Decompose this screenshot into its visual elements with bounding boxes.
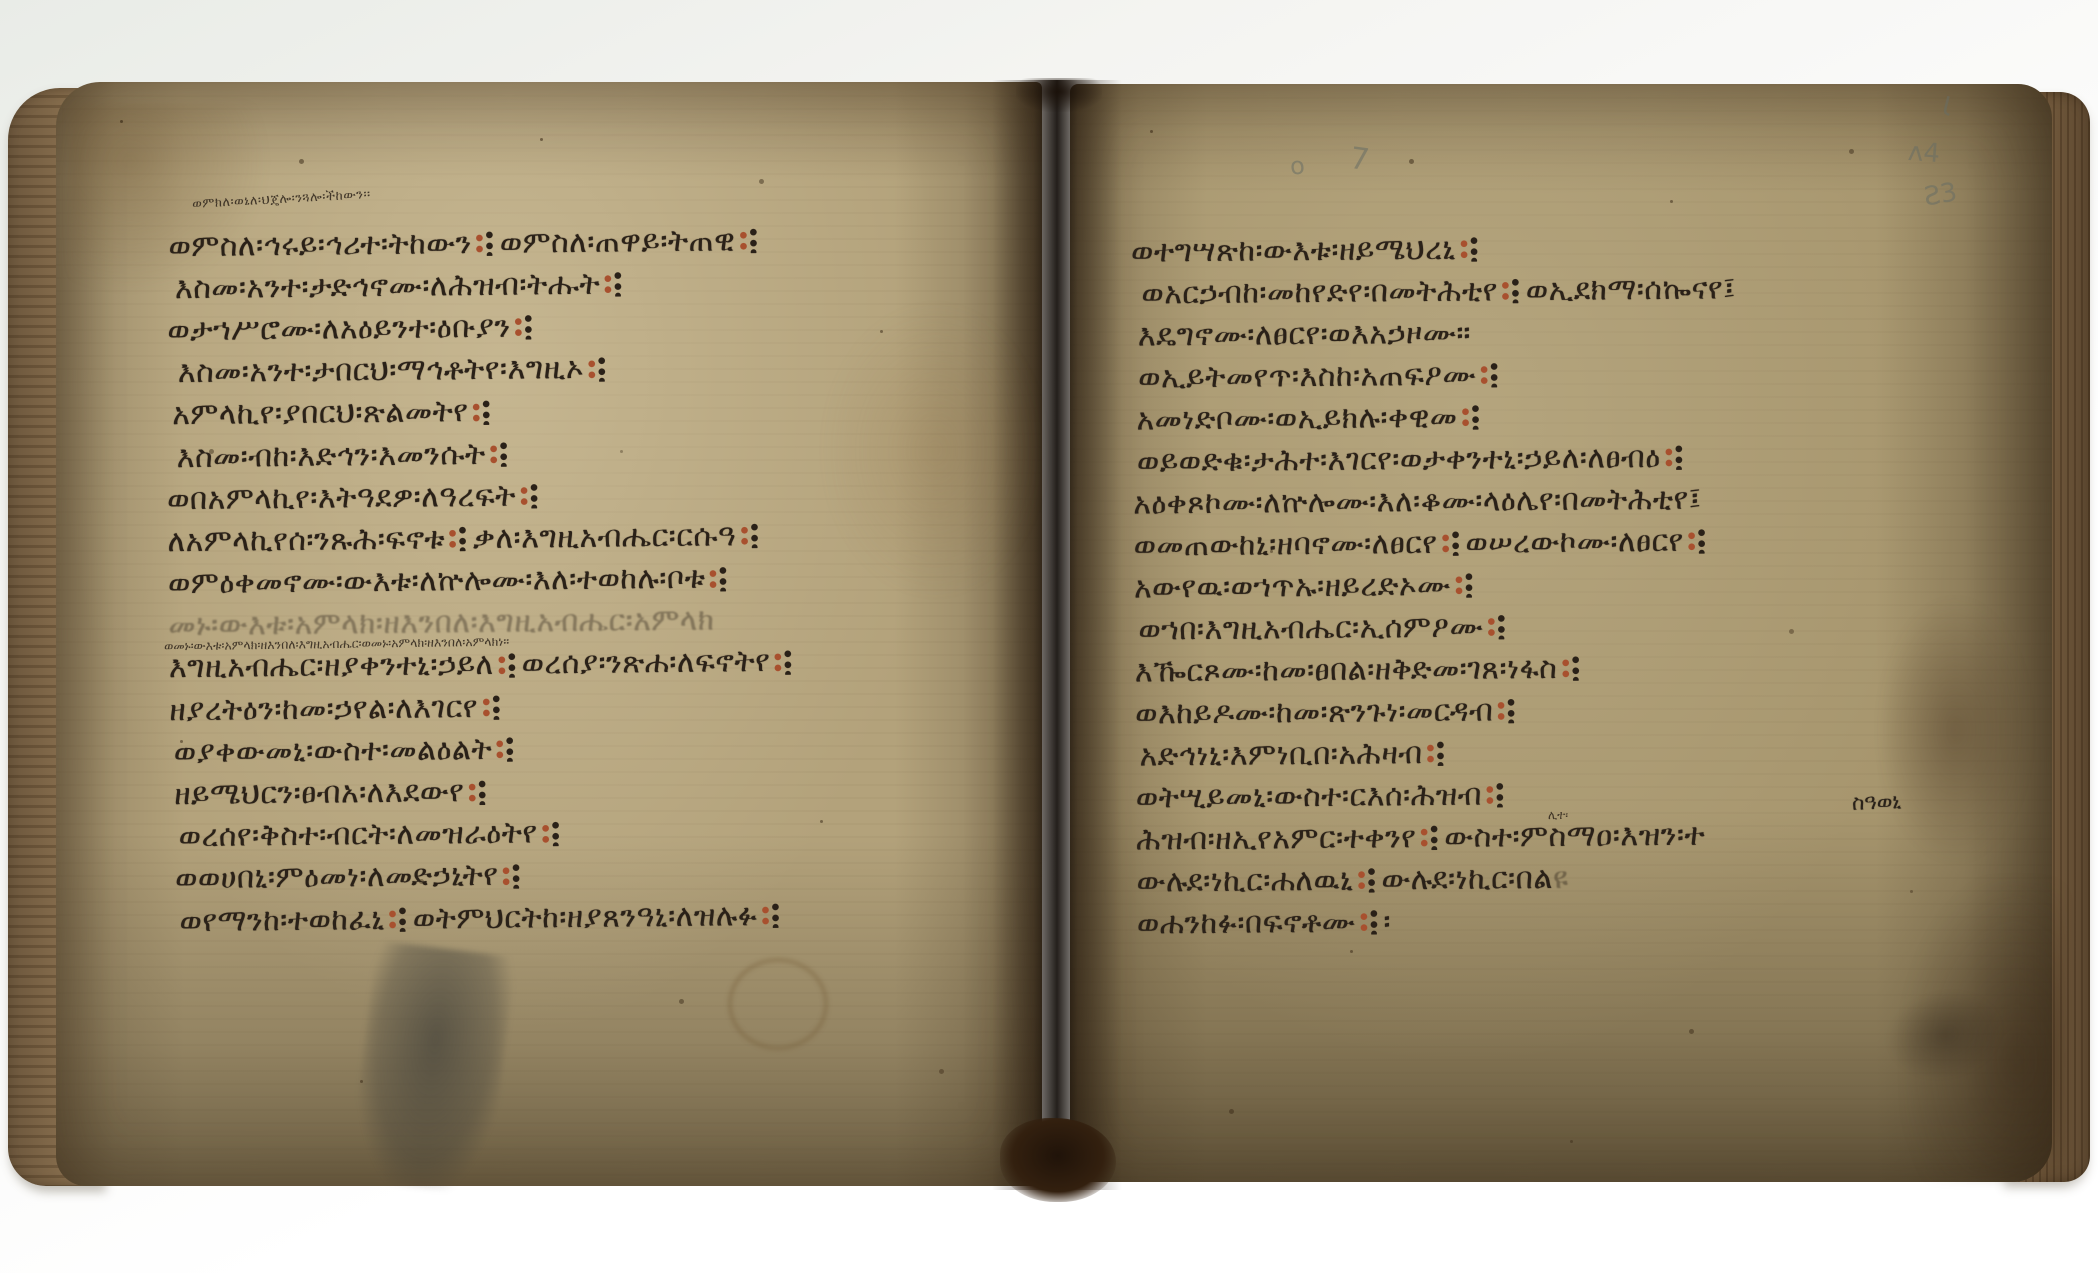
rubricated-verse-separator: ፨ <box>1420 824 1440 850</box>
rubricated-verse-separator: ፨ <box>1688 528 1708 554</box>
ink-text: ለአምላኪየሰ፡ንጹሕ፡ፍኖቱ <box>167 521 445 559</box>
manuscript-text-line: ወየማንከ፡ተወከፈኒ፨ወትምህርትከ፡ዘያጸንዓኒ፡ለዝሉፉ፤ <box>179 894 801 943</box>
ink-text: ዩ <box>1553 860 1569 895</box>
rubricated-verse-separator: ፨ <box>1664 444 1684 470</box>
rubricated-verse-separator: ፨ <box>490 441 510 467</box>
manuscript-text-line: እስመ፡አንተ፡ታድኅኖሙ፡ለሕዝብ፡ትሑት፨ <box>175 261 795 310</box>
headband-knot <box>1016 78 1102 112</box>
rubricated-verse-separator: ፨ <box>1502 277 1522 303</box>
rubricated-verse-separator: ፨ <box>1460 236 1480 262</box>
rubricated-verse-separator: ፨ <box>502 863 522 889</box>
rubricated-verse-separator: ፨ <box>541 820 561 846</box>
pencil-mark: o <box>1289 151 1307 180</box>
rubricated-verse-separator: ፨ <box>497 652 517 678</box>
rubricated-verse-separator: ፨ <box>472 399 492 425</box>
ink-text: ቃለ፡እግዚአብሔር፡ርሱዓ <box>473 518 736 556</box>
tailband-knot <box>1000 1118 1116 1202</box>
manuscript-text-line: ወታኀሥሮሙ፡ለአዕይንተ፡ዕቡያን፨ <box>167 303 795 352</box>
rubricated-verse-separator: ፨ <box>1427 740 1447 766</box>
center-gutter-shadow <box>992 80 1122 1190</box>
ink-text: ውሉደ፡ነኪር፡ሐለዉኒ <box>1136 862 1353 899</box>
manuscript-text-line: ወያቀውመኒ፡ውስተ፡መልዕልት፨ <box>174 725 800 774</box>
rubricated-verse-separator: ፤ <box>761 902 781 928</box>
ink-text: ወአርኃብከ፡መከየድየ፡በመትሕቲየ <box>1141 273 1498 311</box>
manuscript-text-line: ወምስለ፡ኅሩይ፡ኅሪተ፡ትከውን፨ወምስለ፡ጠዋይ፡ትጠዊ፨ <box>168 219 794 268</box>
ink-text: ወምስለ፡ጠዋይ፡ትጠዊ <box>500 223 736 260</box>
ink-text: አምላኪየ፡ያበርህ፡ጽልመትየ <box>172 394 469 432</box>
manuscript-text-line: ሕዝብ፡ዘኢየአምር፡ተቀንየ፨ውስተ፡ምስማዐ፡እዝን፡ተ <box>1136 813 1741 860</box>
ink-text: ፤ <box>1688 481 1701 516</box>
rubricated-verse-separator: ፨ <box>740 522 760 548</box>
manuscript-text-line: ወሐንከፉ፡በፍኖቶሙ፨፡ <box>1137 897 1742 944</box>
ink-text: ወምስለ፡ኅሩይ፡ኅሪተ፡ትከውን <box>168 226 472 264</box>
rubricated-verse-separator: ፨ <box>1480 361 1500 387</box>
manuscript-text-line: እዀርጾሙ፡ከመ፡ፀበል፡ዘቅድመ፡ገጸ፡ነፋስ፨ <box>1135 645 1740 692</box>
manuscript-text-line: ውሉደ፡ነኪር፡ሐለዉኒ፨ውሉደ፡ነኪር፡በልዩ <box>1136 855 1741 902</box>
manuscript-text-line: ወይወድቁ፡ታሕተ፡እገርየ፡ወታቀንተኒ፡ኃይለ፡ለፀብዕ፨ <box>1137 435 1738 482</box>
manuscript-text-line: ዘያረትዕን፡ከመ፡ኃየል፡ለእገርየ፨ <box>169 683 799 732</box>
rubricated-verse-separator: ፨ <box>1359 909 1379 935</box>
rubricated-verse-separator: ፨ <box>389 906 409 932</box>
rubricated-verse-separator: ፨ <box>515 314 535 340</box>
manuscript-text-line: አውየዉ፡ወኀጥኡ፡ዘይረድኦሙ፨ <box>1134 561 1739 608</box>
ink-text: እስመ፡አንተ፡ታበርህ፡ማኅቶትየ፡እግዚኦ <box>178 351 585 390</box>
rubricated-verse-separator: ፨ <box>604 271 624 297</box>
manuscript-text-line: እስመ፡አንተ፡ታበርህ፡ማኅቶትየ፡እግዚኦ፨ <box>178 345 796 394</box>
ink-text: ወመጠውከኒ፡ዘባኖሙ፡ለፀርየ <box>1133 525 1437 563</box>
rubricated-verse-separator: ፨ <box>476 230 496 256</box>
rubricated-verse-separator: ፨ <box>496 736 516 762</box>
rubricated-verse-separator: ፤ <box>774 649 794 675</box>
rubricated-verse-separator: ፨ <box>1461 404 1481 430</box>
rubricated-verse-separator: ፨ <box>1487 613 1507 639</box>
manuscript-text-line: አመነድቦሙ፡ወኢይክሉ፡ቀዊመ፨ <box>1136 393 1737 440</box>
ink-text: ወያቀውመኒ፡ውስተ፡መልዕልት <box>174 732 493 770</box>
ink-text: እዴግኖሙ፡ለፀርየ፡ወእአኃዞሙ <box>1138 315 1457 353</box>
manuscript-text-line: ወበአምላኪየ፡እትዓደዎ፡ለዓረፍት፨ <box>167 472 797 521</box>
ink-text: እዀርጾሙ፡ከመ፡ፀበል፡ዘቅድመ፡ገጸ፡ነፋስ <box>1135 650 1558 689</box>
manuscript-text-line: ወኢይትመየጥ፡እስከ፡አጠፍዖሙ፨ <box>1138 351 1737 398</box>
rubricated-verse-separator: ፨ <box>1455 572 1475 598</box>
interlinear-correction-note-right: ሊተ፡ <box>1548 808 1568 823</box>
rubricated-verse-separator: ፨ <box>1357 867 1377 893</box>
manuscript-text-line: እዴግኖሙ፡ለፀርየ፡ወእአኃዞሙ። <box>1138 309 1737 356</box>
manuscript-text-line: አድኅነኒ፡እምነቢበ፡አሕዛብ፨ <box>1139 729 1740 776</box>
ink-text: ፡ <box>1383 904 1391 939</box>
ink-text: ፤ <box>1723 271 1736 306</box>
ink-text: ወይወድቁ፡ታሕተ፡እገርየ፡ወታቀንተኒ፡ኃይለ፡ለፀብዕ <box>1137 440 1661 480</box>
rubricated-verse-separator: ፨ <box>449 526 469 552</box>
ink-text: ወትምህርትከ፡ዘያጸንዓኒ፡ለዝሉፉ <box>413 898 758 937</box>
manuscript-text-line: ወወሀበኒ፡ምዕመነ፡ለመድኃኒትየ፨ <box>175 852 801 901</box>
ink-text: አመነድቦሙ፡ወኢይክሉ፡ቀዊመ <box>1136 399 1457 437</box>
rubricated-verse-separator: ፨ <box>709 565 729 591</box>
rubricated-verse-separator: ፨ <box>1497 697 1517 723</box>
ink-text: ወበአምላኪየ፡እትዓደዎ፡ለዓረፍት <box>167 478 516 517</box>
manuscript-text-line: ወተግሣጽከ፡ውእቱ፡ዘይሜህረኒ፨ <box>1131 225 1736 272</box>
manuscript-text-line: ወኀበ፡እግዚአብሔር፡ኢሰምዖሙ፨ <box>1138 603 1739 650</box>
rubricated-verse-separator: ፨ <box>588 355 608 381</box>
ink-text: ወታኀሥሮሙ፡ለአዕይንተ፡ዕቡያን <box>167 310 511 349</box>
manuscript-text-line: ወእከይዶሙ፡ከመ፡ጽንጉነ፡መርዳብ፨ <box>1135 687 1740 734</box>
ink-text: ወኀበ፡እግዚአብሔር፡ኢሰምዖሙ <box>1138 609 1483 647</box>
manuscript-scan-photo: ወምክለ፡ወኔለ፡ህጄሎ፡ንጓሎ፡ችከውን፡፡ ወምስለ፡ኅሩይ፡ኅሪተ፡ትከው… <box>0 0 2098 1273</box>
ink-text: ወትሢይመኒ፡ውስተ፡ርእሰ፡ሕዝብ <box>1136 777 1482 815</box>
manuscript-text-line: እስመ፡ብከ፡እድኅን፡እመንሱት፨ <box>176 430 796 479</box>
margin-annotation-note: ስዓወኒ <box>1852 789 1902 816</box>
rubricated-verse-separator: ፨ <box>1486 781 1506 807</box>
ink-text: ወየማንከ፡ተወከፈኒ <box>179 902 385 939</box>
text-block-right: ወተግሣጽከ፡ውእቱ፡ዘይሜህረኒ፨ወአርኃብከ፡መከየድየ፡በመትሕቲየ፨ወኢ… <box>1131 225 1742 944</box>
ink-text: አዕቀጾኮሙ፡ለኵሎሙ፡እለ፡ቆሙ፡ላዕሌየ፡በመትሕቲየ <box>1133 481 1689 521</box>
rubricated-verse-separator: ፨ <box>1441 530 1461 556</box>
ink-text: ወሠረውኮሙ፡ለፀርየ <box>1465 523 1684 560</box>
rubricated-verse-separator: ፨ <box>520 483 540 509</box>
ink-text: ወረሰየ፡ቅስተ፡ብርት፡ለመዝራዕትየ <box>178 816 537 855</box>
ink-text: ዘያረትዕን፡ከመ፡ኃየል፡ለእገርየ <box>169 690 478 728</box>
manuscript-text-line: ዘይሜህርን፡ፀብአ፡ለእደውየ፨ <box>174 767 800 816</box>
pencil-folio-mark: ʌ4 <box>1907 137 1941 169</box>
manuscript-text-line: ወምዕቀመኖሙ፡ውእቱ፡ለኵሎሙ፡እለ፡ተወከሉ፡ቦቱ፨ <box>168 556 798 605</box>
pencil-folio-mark: Ƨ3 <box>1922 177 1960 212</box>
rubricated-verse-separator: ፨ <box>468 778 488 804</box>
ink-text: ውስተ፡ምስማዐ፡እዝን፡ተ <box>1444 817 1705 854</box>
ink-text: እስመ፡አንተ፡ታድኅኖሙ፡ለሕዝብ፡ትሑት <box>175 267 601 306</box>
ink-text: አውየዉ፡ወኀጥኡ፡ዘይረድኦሙ <box>1134 567 1451 605</box>
ink-text: ዘይሜህርን፡ፀብአ፡ለእደውየ <box>174 774 464 812</box>
ink-text: ወሐንከፉ፡በፍኖቶሙ <box>1137 904 1356 941</box>
manuscript-text-line: አምላኪየ፡ያበርህ፡ጽልመትየ፨ <box>172 387 796 436</box>
rubricated-verse-separator: ፨ <box>1561 655 1581 681</box>
ink-text: ወረሰያ፡ንጽሐ፡ለፍኖትየ <box>521 644 770 682</box>
ink-text: ውሉደ፡ነኪር፡በል <box>1381 860 1553 896</box>
rubricated-verse-separator: ፨ <box>482 694 502 720</box>
manuscript-text-line: ወመጠውከኒ፡ዘባኖሙ፡ለፀርየ፨ወሠረውኮሙ፡ለፀርየ፨ <box>1133 519 1738 566</box>
manuscript-text-line: ለአምላኪየሰ፡ንጹሕ፡ፍኖቱ፨ቃለ፡እግዚአብሔር፡ርሱዓ፨ <box>167 514 797 563</box>
ink-text: ወምዕቀመኖሙ፡ውእቱ፡ለኵሎሙ፡እለ፡ተወከሉ፡ቦቱ <box>168 561 706 602</box>
manuscript-text-line: ወትሢይመኒ፡ውስተ፡ርእሰ፡ሕዝብ፨ <box>1136 771 1741 818</box>
manuscript-text-line: ወረሰየ፡ቅስተ፡ብርት፡ለመዝራዕትየ፨ <box>178 809 800 858</box>
manuscript-text-line: ወአርኃብከ፡መከየድየ፡በመትሕቲየ፨ወኢደክማ፡ሰኰናየ፤ <box>1141 267 1736 314</box>
ink-text: ወወሀበኒ፡ምዕመነ፡ለመድኃኒትየ <box>175 858 499 896</box>
ink-text: ወኢደክማ፡ሰኰናየ <box>1526 271 1724 308</box>
ink-text: ወተግሣጽከ፡ውእቱ፡ዘይሜህረኒ <box>1131 231 1456 269</box>
ink-text: ። <box>1456 315 1471 350</box>
ink-text: ወእከይዶሙ፡ከመ፡ጽንጉነ፡መርዳብ <box>1135 693 1494 731</box>
rubricated-verse-separator: ፨ <box>739 227 759 253</box>
ink-text: እስመ፡ብከ፡እድኅን፡እመንሱት <box>177 436 486 474</box>
ink-text: አድኅነኒ፡እምነቢበ፡አሕዛብ <box>1139 736 1422 773</box>
ink-text: ሕዝብ፡ዘኢየአምር፡ተቀንየ <box>1136 820 1416 857</box>
ink-text: ወኢይትመየጥ፡እስከ፡አጠፍዖሙ <box>1138 357 1476 395</box>
manuscript-text-line: አዕቀጾኮሙ፡ለኵሎሙ፡እለ፡ቆሙ፡ላዕሌየ፡በመትሕቲየ፤ <box>1133 477 1738 524</box>
text-block-left: ወምስለ፡ኅሩይ፡ኅሪተ፡ትከውን፨ወምስለ፡ጠዋይ፡ትጠዊ፨እስመ፡አንተ፡ታ… <box>164 219 801 943</box>
